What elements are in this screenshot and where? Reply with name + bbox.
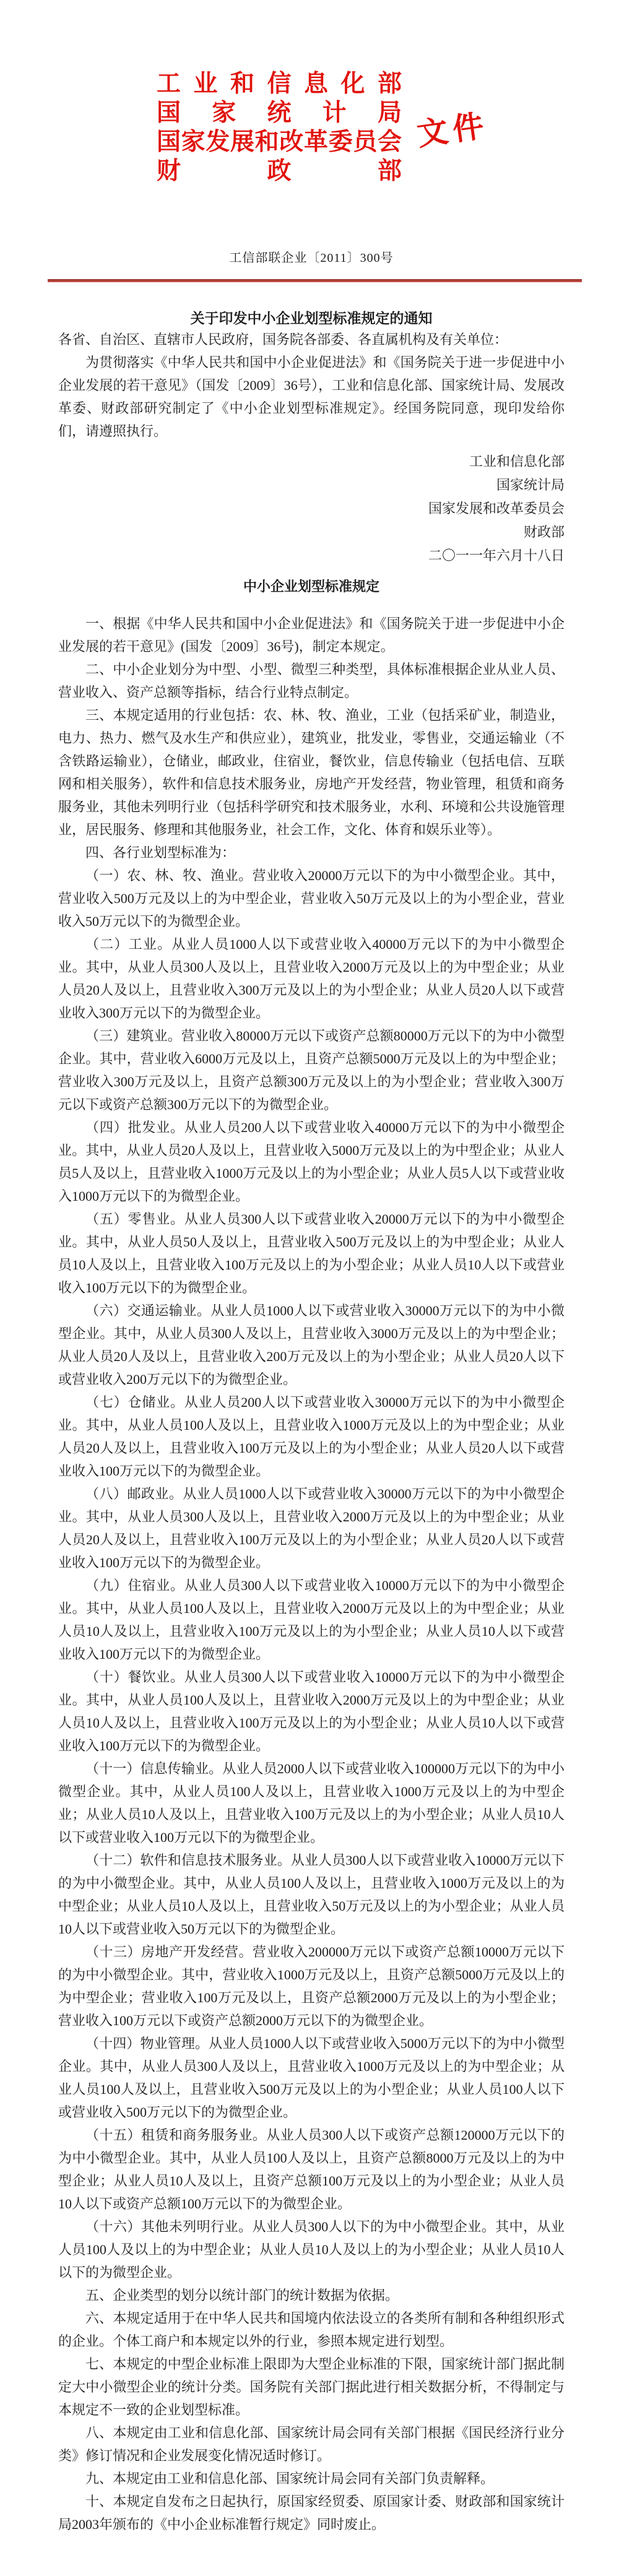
regulation-item-postal: （八）邮政业。从业人员1000人以下或营业收入30000万元以下的为中小微型企业… [58, 1482, 565, 1574]
regulation-item-other-industries: （十六）其他未列明行业。从业人员300人以下的为中小微型企业。其中，从业人员10… [58, 2215, 565, 2284]
signature-org-miit: 工业和信息化部 [58, 450, 565, 473]
regulation-item-accommodation: （九）住宿业。从业人员300人以下或营业收入10000万元以下的为中小微型企业。… [58, 1574, 565, 1666]
letterhead-doc-type-label: 文件 [414, 100, 491, 154]
official-document-page: 工业和信息化部 国家统计局 国家发展和改革委员会 财政部 文件 工信部联企业〔2… [0, 0, 619, 2576]
regulation-paragraph-5: 五、企业类型的划分以统计部门的统计数据为依据。 [58, 2284, 565, 2307]
red-divider-line [48, 279, 582, 282]
document-number: 工信部联企业〔2011〕300号 [58, 248, 565, 266]
regulation-item-retail: （五）零售业。从业人员300人以下或营业收入20000万元以下的为中小微型企业。… [58, 1208, 565, 1299]
signature-date: 二〇一一年六月十八日 [58, 544, 565, 568]
regulation-paragraph-7: 七、本规定的中型企业标准上限即为大型企业标准的下限，国家统计部门据此制定大中小微… [58, 2353, 565, 2421]
signature-org-mof: 财政部 [58, 521, 565, 544]
regulation-item-wholesale: （四）批发业。从业人员200人以下或营业收入40000万元以下的为中小微型企业。… [58, 1116, 565, 1208]
signature-org-nbs: 国家统计局 [58, 473, 565, 497]
signature-org-ndrc: 国家发展和改革委员会 [58, 497, 565, 521]
regulation-item-warehousing: （七）仓储业。从业人员200人以下或营业收入30000万元以下的为中小微型企业。… [58, 1391, 565, 1482]
regulation-item-catering: （十）餐饮业。从业人员300人以下或营业收入10000万元以下的为中小微型企业。… [58, 1666, 565, 1757]
notice-salutation: 各省、自治区、直辖市人民政府，国务院各部委、各直属机构及有关单位： [58, 328, 565, 351]
regulation-item-property-management: （十四）物业管理。从业人员1000人以下或营业收入5000万元以下的为中小微型企… [58, 2032, 565, 2124]
regulation-body: 一、根据《中华人民共和国中小企业促进法》和《国务院关于进一步促进中小企业发展的若… [58, 612, 565, 2536]
regulation-title: 中小企业划型标准规定 [58, 577, 565, 596]
regulation-paragraph-10: 十、本规定自发布之日起执行，原国家经贸委、原国家计委、财政部和国家统计局2003… [58, 2490, 565, 2536]
regulation-paragraph-2: 二、中小企业划分为中型、小型、微型三种类型，具体标准根据企业从业人员、营业收入、… [58, 658, 565, 704]
regulation-item-software-it: （十二）软件和信息技术服务业。从业人员300人以下或营业收入10000万元以下的… [58, 1849, 565, 1940]
signature-block: 工业和信息化部 国家统计局 国家发展和改革委员会 财政部 二〇一一年六月十八日 [58, 450, 565, 568]
regulation-item-leasing-business-services: （十五）租赁和商务服务业。从业人员300人以下或资产总额120000万元以下的为… [58, 2124, 565, 2215]
regulation-item-transport: （六）交通运输业。从业人员1000人以下或营业收入30000万元以下的为中小微型… [58, 1299, 565, 1391]
regulation-paragraph-1: 一、根据《中华人民共和国中小企业促进法》和《国务院关于进一步促进中小企业发展的若… [58, 612, 565, 658]
letterhead-org-mof: 财政部 [157, 157, 402, 186]
regulation-item-agriculture: （一）农、林、牧、渔业。营业收入20000万元以下的为中小微型企业。其中，营业收… [58, 864, 565, 933]
regulation-paragraph-9: 九、本规定由工业和信息化部、国家统计局会同有关部门负责解释。 [58, 2467, 565, 2490]
regulation-item-real-estate: （十三）房地产开发经营。营业收入200000万元以下或资产总额10000万元以下… [58, 1940, 565, 2032]
letterhead-org-miit: 工业和信息化部 [157, 69, 402, 98]
notice-paragraph: 为贯彻落实《中华人民共和国中小企业促进法》和《国务院关于进一步促进中小企业发展的… [58, 351, 565, 443]
letterhead: 工业和信息化部 国家统计局 国家发展和改革委员会 财政部 文件 [157, 69, 402, 186]
regulation-paragraph-3: 三、本规定适用的行业包括：农、林、牧、渔业，工业（包括采矿业，制造业，电力、热力… [58, 704, 565, 841]
letterhead-org-nbs: 国家统计局 [157, 98, 402, 128]
notice-title: 关于印发中小企业划型标准规定的通知 [58, 309, 565, 328]
regulation-item-information-transmission: （十一）信息传输业。从业人员2000人以下或营业收入100000万元以下的为中小… [58, 1757, 565, 1849]
regulation-paragraph-4: 四、各行业划型标准为： [58, 841, 565, 864]
regulation-item-construction: （三）建筑业。营业收入80000万元以下或资产总额80000万元以下的为中小微型… [58, 1024, 565, 1116]
letterhead-org-ndrc: 国家发展和改革委员会 [157, 128, 402, 157]
document-content: 工业和信息化部 国家统计局 国家发展和改革委员会 财政部 文件 工信部联企业〔2… [0, 0, 619, 2536]
regulation-paragraph-6: 六、本规定适用于在中华人民共和国境内依法设立的各类所有制和各种组织形式的企业。个… [58, 2307, 565, 2353]
notice-body: 各省、自治区、直辖市人民政府，国务院各部委、各直属机构及有关单位： 为贯彻落实《… [58, 328, 565, 443]
regulation-item-industry: （二）工业。从业人员1000人以下或营业收入40000万元以下的为中小微型企业。… [58, 933, 565, 1024]
regulation-paragraph-8: 八、本规定由工业和信息化部、国家统计局会同有关部门根据《国民经济行业分类》修订情… [58, 2421, 565, 2467]
